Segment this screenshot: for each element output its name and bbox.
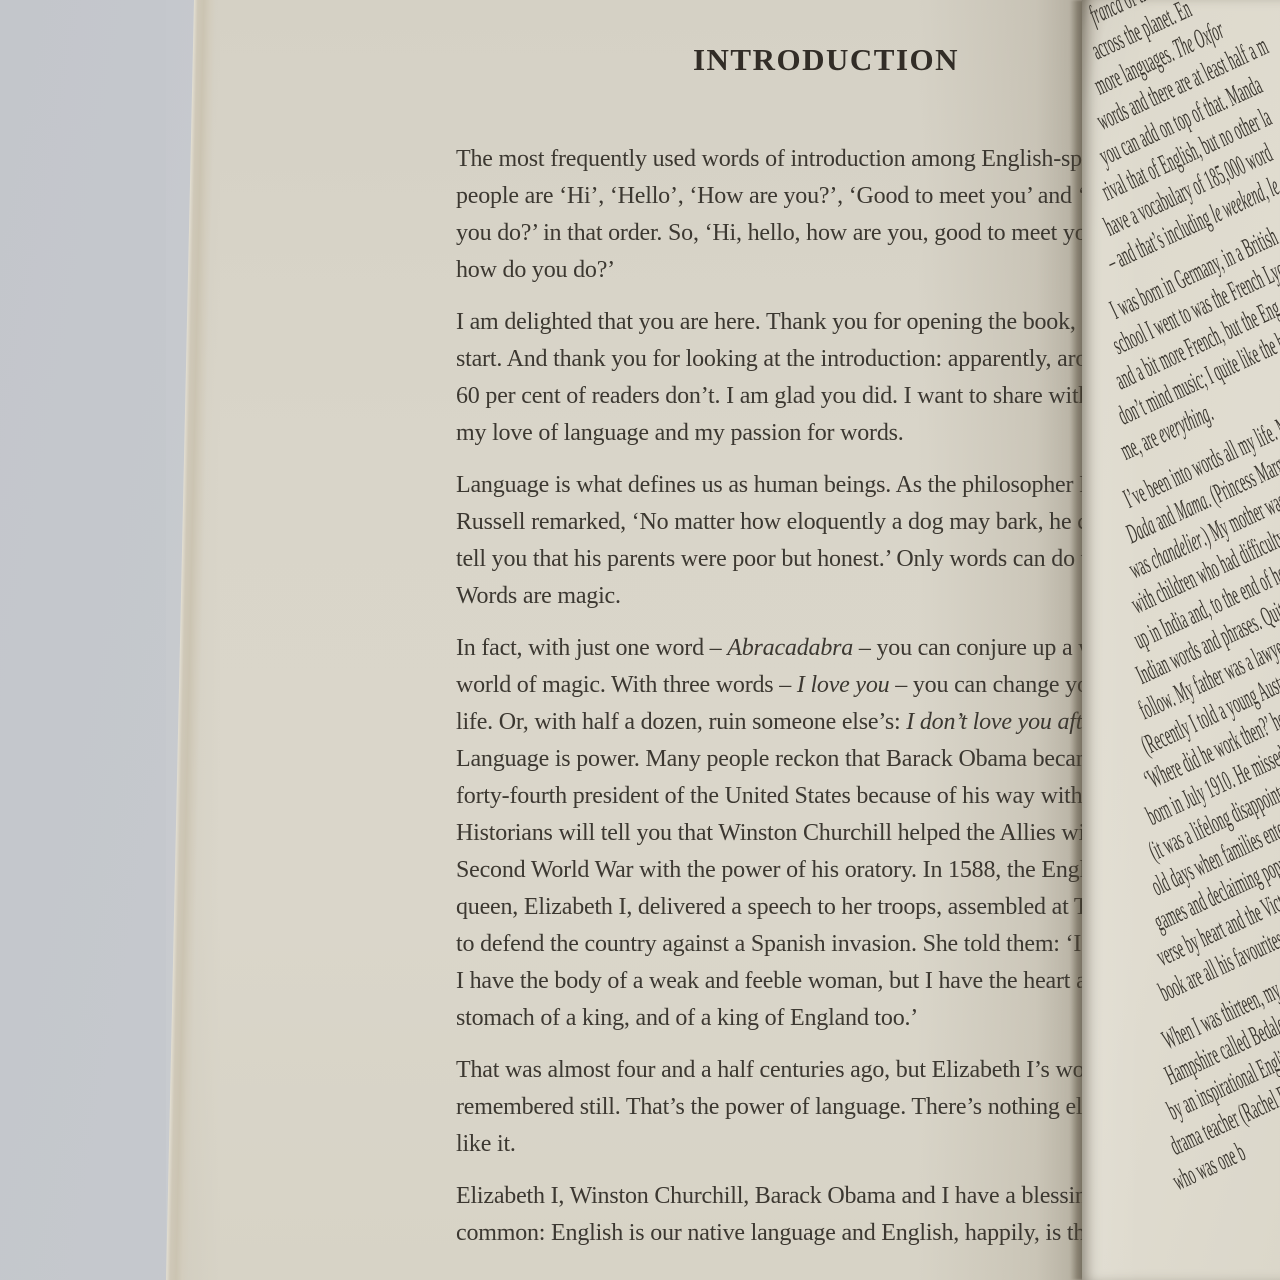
text-segment: Language is what defines us as human bei… [456, 472, 1161, 498]
text-segment: Historians will tell you that Winston Ch… [456, 820, 1131, 846]
text-segment: Elizabeth I, Winston Churchill, Barack O… [456, 1183, 1123, 1209]
italic-text-segment: I love you [797, 672, 890, 698]
left-page: INTRODUCTION The most frequently used wo… [166, 0, 1082, 1280]
text-segment: The most frequently used words of introd… [456, 146, 1145, 172]
text-segment: In fact, with just one word – [456, 635, 727, 661]
book-photo: INTRODUCTION The most frequently used wo… [0, 0, 1280, 1280]
text-segment: remembered still. That’s the power of la… [456, 1094, 1155, 1120]
right-page-curled: franca of theacross the planet. Enmore l… [1082, 0, 1280, 1280]
text-segment: Language is power. Many people reckon th… [456, 746, 1139, 772]
text-segment: I am delighted that you are here. Thank … [456, 309, 1125, 335]
text-segment: life. Or, with half a dozen, ruin someon… [456, 709, 906, 735]
text-segment: I have the body of a weak and feeble wom… [456, 968, 1110, 994]
text-segment: 60 per cent of readers don’t. I am glad … [456, 383, 1131, 409]
text-segment: That was almost four and a half centurie… [456, 1057, 1148, 1083]
text-segment: like it. [456, 1131, 516, 1157]
right-page-paragraphs: franca of theacross the planet. Enmore l… [1084, 0, 1280, 1022]
text-segment: queen, Elizabeth I, delivered a speech t… [456, 894, 1144, 920]
text-segment: Russell remarked, ‘No matter how eloquen… [456, 509, 1140, 535]
text-segment: Words are magic. [456, 583, 621, 609]
text-segment: to defend the country against a Spanish … [456, 931, 1139, 957]
text-segment: how do you do?’ [456, 257, 615, 283]
text-segment: common: English is our native language a… [456, 1220, 1101, 1246]
text-segment: you do?’ in that order. So, ‘Hi, hello, … [456, 220, 1144, 246]
italic-text-segment: Abracadabra [727, 635, 853, 661]
text-segment: forty-fourth president of the United Sta… [456, 783, 1152, 809]
text-segment: world of magic. With three words – [456, 672, 797, 698]
text-segment: Second World War with the power of his o… [456, 857, 1113, 883]
text-segment: my love of language and my passion for w… [456, 420, 904, 446]
text-segment: people are ‘Hi’, ‘Hello’, ‘How are you?’… [456, 183, 1161, 209]
text-segment: start. And thank you for looking at the … [456, 346, 1123, 372]
text-segment: tell you that his parents were poor but … [456, 546, 1122, 572]
text-segment: stomach of a king, and of a king of Engl… [456, 1005, 918, 1031]
